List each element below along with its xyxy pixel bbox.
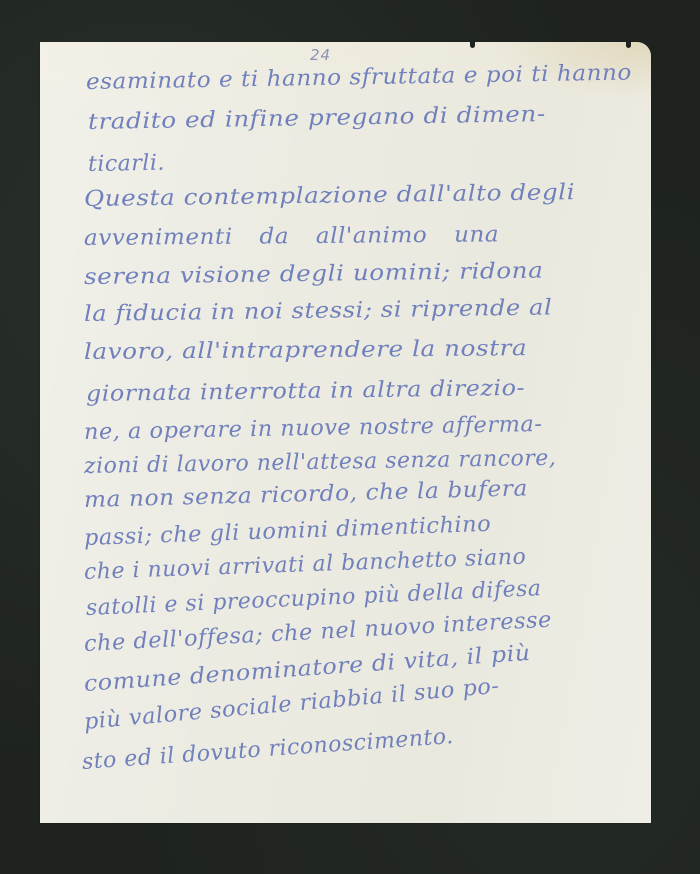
text-line: Questa contemplazione dall'alto degli bbox=[84, 180, 575, 212]
text-line: sto ed il dovuto riconoscimento. bbox=[81, 724, 454, 775]
text-line: ticarli. bbox=[88, 151, 165, 177]
paper-tear bbox=[470, 42, 475, 48]
text-line: lavoro, all'intraprendere la nostra bbox=[84, 336, 527, 365]
text-line: la fiducia in noi stessi; si riprende al bbox=[84, 295, 553, 327]
manuscript-page: 24 esaminato e ti hanno sfruttata e poi … bbox=[40, 42, 651, 823]
page-number: 24 bbox=[310, 46, 331, 64]
text-line: serena visione degli uomini; ridona bbox=[84, 259, 544, 290]
text-line: ne, a operare in nuove nostre afferma- bbox=[84, 412, 543, 445]
text-line: passi; che gli uomini dimentichino bbox=[84, 512, 492, 551]
text-line: esaminato e ti hanno sfruttata e poi ti … bbox=[86, 60, 632, 95]
paper-tear bbox=[626, 42, 631, 48]
text-line: ma non senza ricordo, che la bufera bbox=[84, 476, 529, 513]
text-line: giornata interrotta in altra direzio- bbox=[86, 376, 525, 407]
text-line: avvenimenti da all'animo una bbox=[84, 222, 499, 251]
text-line: zioni di lavoro nell'attesa senza rancor… bbox=[84, 446, 557, 479]
text-line: tradito ed infine pregano di dimen- bbox=[88, 102, 546, 135]
